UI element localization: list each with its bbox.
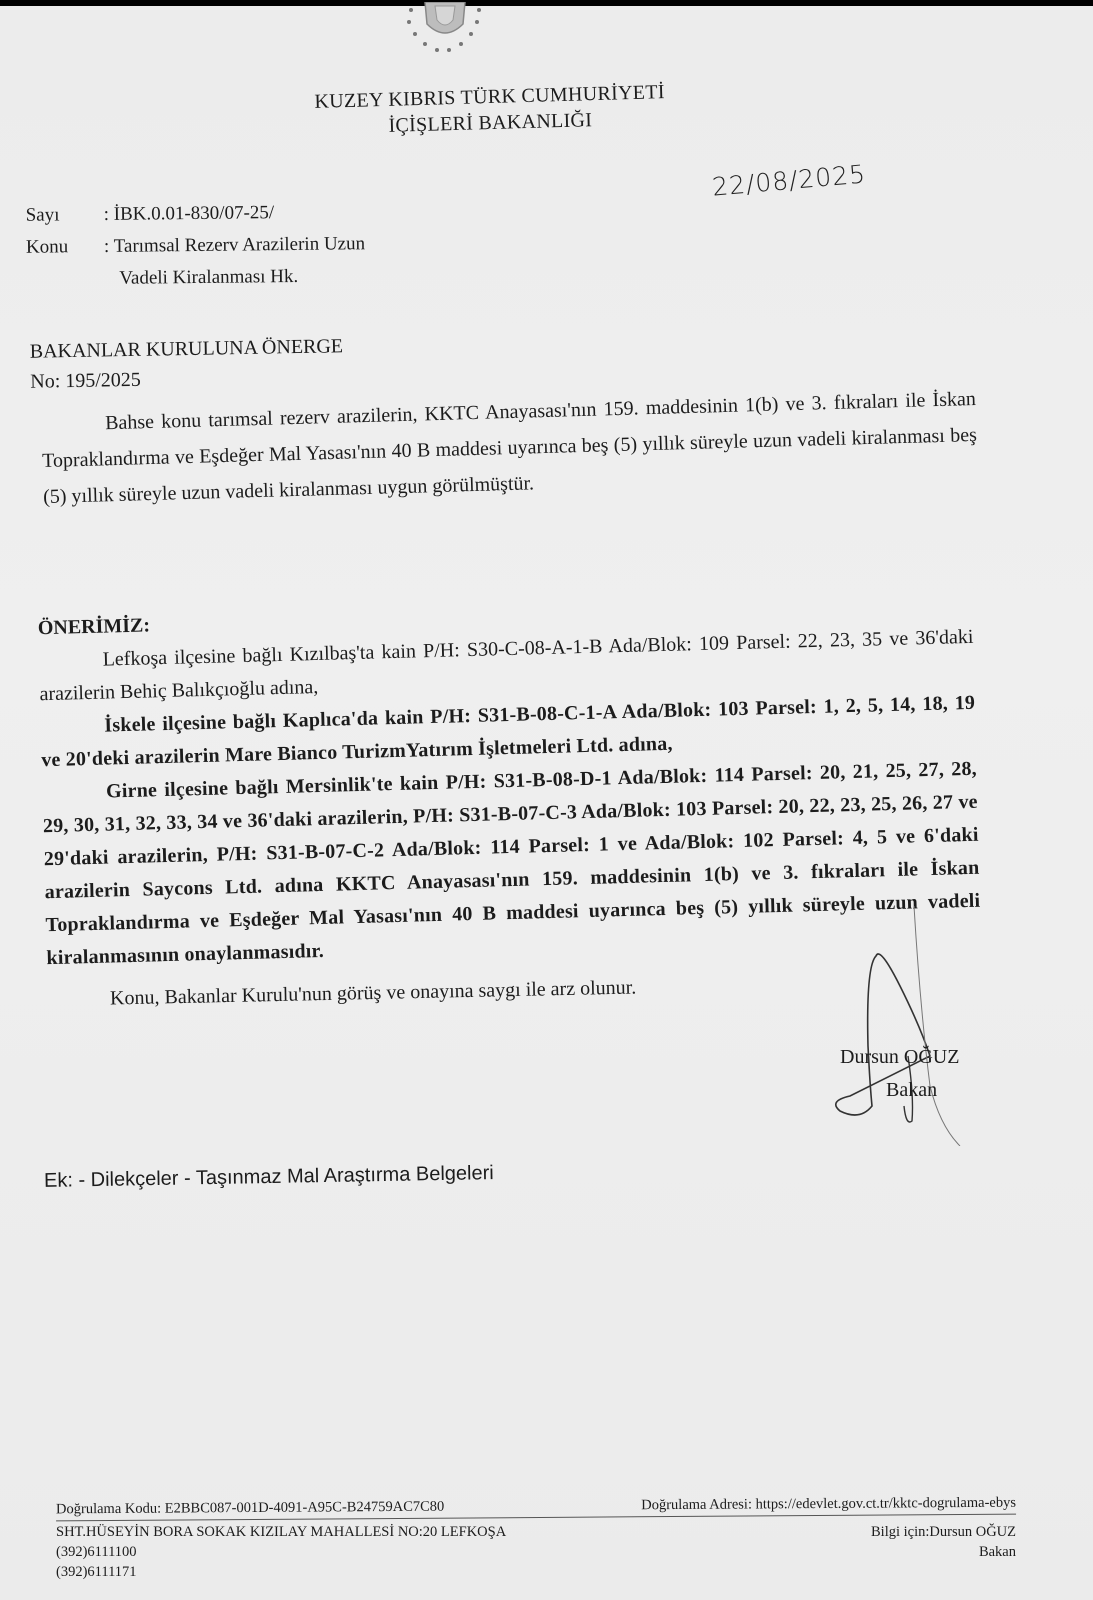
konu-label: Konu [26,231,104,264]
sayi-value: : İBK.0.01-830/07-25/ [104,197,275,231]
signatory-name: Dursun OĞUZ [840,1046,959,1069]
ministry-header: KUZEY KIBRIS TÜRK CUMHURİYETİ İÇİŞLERİ B… [269,78,710,142]
closing-sentence: Konu, Bakanlar Kurulu'nun görüş ve onayı… [110,976,637,1010]
title-line-1: BAKANLAR KURULUNA ÖNERGE [30,331,344,366]
document-meta: Sayı : İBK.0.01-830/07-25/ Konu : Tarıms… [26,196,366,296]
konu-value-cont: Vadeli Kiralanması Hk. [26,260,365,296]
verification-code: Doğrulama Kodu: E2BBC087-001D-4091-A95C-… [56,1499,444,1519]
phone-2: (392)6111171 [56,1562,506,1582]
verification-address[interactable]: Doğrulama Adresi: https://edevlet.gov.ct… [641,1495,1016,1515]
intro-paragraph: Bahse konu tarımsal rezerv arazilerin, K… [41,381,979,515]
document-title: BAKANLAR KURULUNA ÖNERGE No: 195/2025 [30,331,344,396]
konu-value: : Tarımsal Rezerv Arazilerin Uzun [104,228,365,263]
phone-1: (392)6111100 [56,1542,506,1562]
handwritten-date: 22/08/2025 [711,159,867,201]
intro-text: Bahse konu tarımsal rezerv arazilerin, K… [42,388,977,508]
document-page: KUZEY KIBRIS TÜRK CUMHURİYETİ İÇİŞLERİ B… [0,6,1093,1600]
signatory-title: Bakan [886,1079,937,1102]
ministry-address: SHT.HÜSEYİN BORA SOKAK KIZILAY MAHALLESİ… [56,1522,506,1542]
info-contact: Bilgi için:Dursun OĞUZ [871,1522,1016,1542]
sayi-label: Sayı [26,199,104,232]
info-contact-title: Bakan [871,1542,1016,1562]
title-line-2: No: 195/2025 [30,361,344,396]
attachments-line: Ek: - Dilekçeler - Taşınmaz Mal Araştırm… [44,1162,494,1193]
state-emblem-icon [395,2,495,62]
document-footer: Doğrulama Kodu: E2BBC087-001D-4091-A95C-… [56,1498,1016,1582]
signature-icon [820,906,980,1146]
